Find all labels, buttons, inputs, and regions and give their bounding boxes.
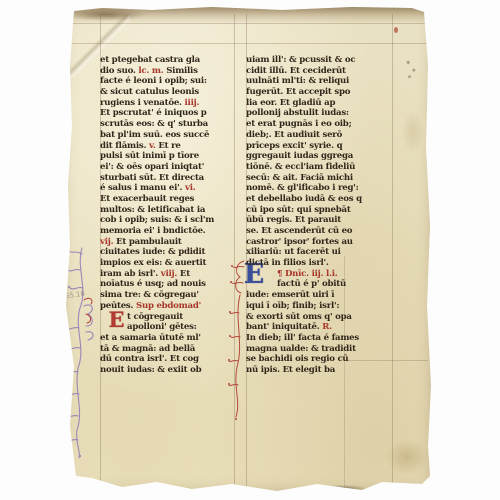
body-text: rugiens i venatōe. (100, 98, 185, 108)
body-text: iram ab isrl'. (100, 269, 161, 279)
manuscript-text-line: prīceps excit' syrie. q (246, 141, 393, 152)
body-text: et erat pugnās i eo oib; (246, 119, 352, 129)
manuscript-text-line: tā & magnā: ad bellā (100, 344, 235, 355)
manuscript-text-line: dio suo. lc. m. Similis (100, 66, 235, 77)
manuscript-text-line: magna ualde: & tradidit (246, 344, 393, 355)
body-text: et debellabo iudā & eos q (246, 194, 362, 204)
manuscript-text-line: xiliariū: ut facerēt ui (246, 247, 393, 258)
photo-background: E E et ptegebat castra gladio suo. lc. m… (0, 0, 500, 500)
body-text: ūbū regis. Et parauit (246, 215, 341, 225)
rubric-text: R. (322, 322, 332, 332)
rubric-text: vi. (185, 183, 196, 193)
body-text: In dieb; ill' facta é fames (246, 333, 359, 343)
manuscript-text-line: secū: & ait. Faciā michi (246, 173, 393, 184)
manuscript-text-line: et erat pugnās i eo oib; (246, 119, 393, 130)
body-text: xiliariū: ut facerēt ui (246, 247, 341, 257)
body-text: nomē. & gl'ificabo i reg': (246, 183, 359, 193)
manuscript-text-line: Et exacerbauit reges (100, 194, 235, 205)
rubric-text: v. (149, 141, 158, 151)
manuscript-text-line: dieb;. Et audiuit serō (246, 130, 393, 141)
rubric-text: ¶ Dnīc. iij. l.i. (277, 269, 338, 279)
manuscript-text-line: dictā in filios isrl'. (246, 258, 393, 269)
stain (378, 433, 436, 481)
body-text: pulsi sūt inimī p tīore (100, 151, 199, 161)
manuscript-text-line: cidit illū. Et ceciderūt (246, 66, 393, 77)
body-text: dictā in filios isrl'. (246, 258, 329, 268)
body-text: uulnāti ml'ti: & reliqui (246, 76, 349, 86)
manuscript-text-line: é salus i manu ei'. vi. (100, 183, 235, 194)
body-text: Et (180, 269, 190, 279)
manuscript-text-line: et debellabo iudā & eos q (246, 194, 393, 205)
manuscript-text-line: iude: emserūt uiri ī (246, 290, 393, 301)
body-text: secū: & ait. Faciā michi (246, 173, 353, 183)
body-text: castror' ipsor' fortes au (246, 237, 353, 247)
body-text: dū contra isrl'. Et cog (100, 354, 199, 364)
body-text: ggregauit iudas ggrega (246, 151, 353, 161)
body-text: lia eor. Et gladiū ap (246, 98, 335, 108)
manuscript-text-line: sima tre: & cōgregau' (100, 290, 235, 301)
ruling-line (62, 23, 432, 24)
body-text: apolloni' gētes: (127, 322, 197, 332)
body-text: & exorti sūt oms q' opa (246, 312, 352, 322)
manuscript-text-line: cob i opib; suis: & i scl'm (100, 215, 235, 226)
manuscript-text-line: In dieb; ill' facta é fames (246, 333, 393, 344)
body-text: uiam ill': & pcussit & oc (246, 55, 355, 65)
body-text: t cōgregauit (127, 312, 183, 322)
manuscript-text-line: noīatus é usq; ad nouis (100, 279, 235, 290)
manuscript-text-line: lia eor. Et gladiū ap (246, 98, 393, 109)
body-text: cob i opib; suis: & i scl'm (100, 215, 214, 225)
manuscript-text-line: t cōgregauit (100, 312, 235, 323)
body-text: factū é p' obitū (277, 279, 346, 289)
stain (398, 102, 428, 162)
manuscript-text-line: cū ipo sūt: qui spnebāt (246, 205, 393, 216)
manuscript-text-line: & sicut catulus leonis (100, 87, 235, 98)
manuscript-text-line: ggregauit iudas ggrega (246, 151, 393, 162)
manuscript-text-line: pulsi sūt inimī p tīore (100, 151, 235, 162)
manuscript-text-line: facte é leoni i opib; sui: (100, 76, 235, 87)
text-column-right: uiam ill': & pcussit & occidit illū. Et … (246, 55, 393, 376)
body-text: dio suo. (100, 66, 138, 76)
soiled-bottom-edge (312, 485, 368, 492)
manuscript-text-line: nomē. & gl'ificabo i reg': (246, 183, 393, 194)
body-text: Et exacerbauit reges (100, 194, 194, 204)
body-text: et ptegebat castra gla (100, 55, 200, 65)
body-text: dieb;. Et audiuit serō (246, 130, 342, 140)
body-text: nouit iudas: & exiit ob (100, 365, 201, 375)
rubric-text: iiij. (185, 98, 200, 108)
body-text: é salus i manu ei'. (100, 183, 185, 193)
manuscript-text-line: ¶ Dnīc. iij. l.i. (246, 269, 393, 280)
body-text: ciuitates iude: & pdidit (100, 247, 205, 257)
manuscript-text-line: iqui ī oīb; finib; isrl': (246, 301, 393, 312)
text-column-left: et ptegebat castra gladio suo. lc. m. Si… (100, 55, 235, 376)
body-text: Et pambulauit (116, 237, 182, 247)
manuscript-text-line: iram ab isrl'. viij. Et (100, 269, 235, 280)
manuscript-text-line: se. Et ascenderūt cū eo (246, 226, 393, 237)
ruling-line (62, 43, 432, 44)
body-text: sturbati sūt. Et directa (100, 173, 204, 183)
rubric-text: vij. (100, 237, 116, 247)
body-text: ei': & oēs opari iniqtat' (100, 162, 204, 172)
manuscript-text-line: memoria ei' i bndictōe. (100, 226, 235, 237)
body-text: & sicut catulus leonis (100, 87, 199, 97)
body-text: se. Et ascenderūt cū eo (246, 226, 352, 236)
body-text: dit flāmis. (100, 141, 149, 151)
manuscript-text-line: rugiens i venatōe. iiij. (100, 98, 235, 109)
manuscript-text-line: factū é p' obitū (246, 279, 393, 290)
body-text: bat pl'im suū. eos succē (100, 130, 209, 140)
body-text: tā & magnā: ad bellā (100, 344, 195, 354)
body-text: et a samaria ūtutē ml' (100, 333, 201, 343)
body-text: bant' iniquitatē. (246, 322, 322, 332)
ink-specks (404, 58, 418, 80)
body-text: iqui ī oīb; finib; isrl': (246, 301, 339, 311)
manuscript-text-line: impios ex eis: & auertit (100, 258, 235, 269)
manuscript-text-line: multos: & letificabat ia (100, 205, 235, 216)
manuscript-text-line: ei': & oēs opari iniqtat' (100, 162, 235, 173)
manuscript-text-line: vij. Et pambulauit (100, 237, 235, 248)
manuscript-text-line: tiōnē. & eccl'iam fideliū (246, 162, 393, 173)
manuscript-text-line: peūtes. Sup ebdomad' (100, 301, 235, 312)
manuscript-text-line: nouit iudas: & exiit ob (100, 365, 235, 376)
body-text: iude: emserūt uiri ī (246, 290, 334, 300)
body-text: Similis (166, 66, 197, 76)
manuscript-text-line: et ptegebat castra gla (100, 55, 235, 66)
manuscript-text-line: dit flāmis. v. Et re (100, 141, 235, 152)
manuscript-text-line: et a samaria ūtutē ml' (100, 333, 235, 344)
body-text: prīceps excit' syrie. q (246, 141, 342, 151)
manuscript-text-line: fugerūt. Et accepit spo (246, 87, 393, 98)
manuscript-text-line: sturbati sūt. Et directa (100, 173, 235, 184)
body-text: noīatus é usq; ad nouis (100, 279, 206, 289)
manuscript-text-line: uiam ill': & pcussit & oc (246, 55, 393, 66)
rubric-text: Sup ebdomad' (136, 301, 201, 311)
body-text: scrutās eos: & q' sturba (100, 119, 208, 129)
manuscript-text-line: bat pl'im suū. eos succē (100, 130, 235, 141)
body-text: se bachidi ois regio cū (246, 354, 348, 364)
manuscript-leaf: E E et ptegebat castra gladio suo. lc. m… (62, 6, 432, 492)
body-text: peūtes. (100, 301, 136, 311)
manuscript-text-line: castror' ipsor' fortes au (246, 237, 393, 248)
manuscript-text-line: ciuitates iude: & pdidit (100, 247, 235, 258)
body-text: nū ipis. Et elegit ba (246, 365, 335, 375)
body-text: pollonij abstulit iudas: (246, 108, 349, 118)
body-text: cidit illū. Et ceciderūt (246, 66, 346, 76)
red-speck (394, 27, 398, 33)
manuscript-text-line: Et pscrutat' é iniquos p (100, 108, 235, 119)
purple-penwork-flourish (64, 244, 100, 460)
manuscript-text-line: pollonij abstulit iudas: (246, 108, 393, 119)
body-text: Et re (158, 141, 180, 151)
manuscript-text-line: se bachidi ois regio cū (246, 354, 393, 365)
body-text: facte é leoni i opib; sui: (100, 76, 207, 86)
manuscript-text-line: scrutās eos: & q' sturba (100, 119, 235, 130)
rubric-text: lc. m. (138, 66, 166, 76)
body-text: fugerūt. Et accepit spo (246, 87, 350, 97)
manuscript-text-line: & exorti sūt oms q' opa (246, 312, 393, 323)
manuscript-text-line: bant' iniquitatē. R. (246, 322, 393, 333)
body-text: sima tre: & cōgregau' (100, 290, 199, 300)
manuscript-text-line: ūbū regis. Et parauit (246, 215, 393, 226)
rubric-text: viij. (161, 269, 180, 279)
body-text: impios ex eis: & auertit (100, 258, 206, 268)
body-text: multos: & letificabat ia (100, 205, 205, 215)
body-text: magna ualde: & tradidit (246, 344, 356, 354)
manuscript-text-line: uulnāti ml'ti: & reliqui (246, 76, 393, 87)
body-text: cū ipo sūt: qui spnebāt (246, 205, 351, 215)
manuscript-text-line: apolloni' gētes: (100, 322, 235, 333)
body-text: tiōnē. & eccl'iam fideliū (246, 162, 355, 172)
body-text: memoria ei' i bndictōe. (100, 226, 206, 236)
body-text: Et pscrutat' é iniquos p (100, 108, 207, 118)
manuscript-text-line: nū ipis. Et elegit ba (246, 365, 393, 376)
manuscript-text-line: dū contra isrl'. Et cog (100, 354, 235, 365)
